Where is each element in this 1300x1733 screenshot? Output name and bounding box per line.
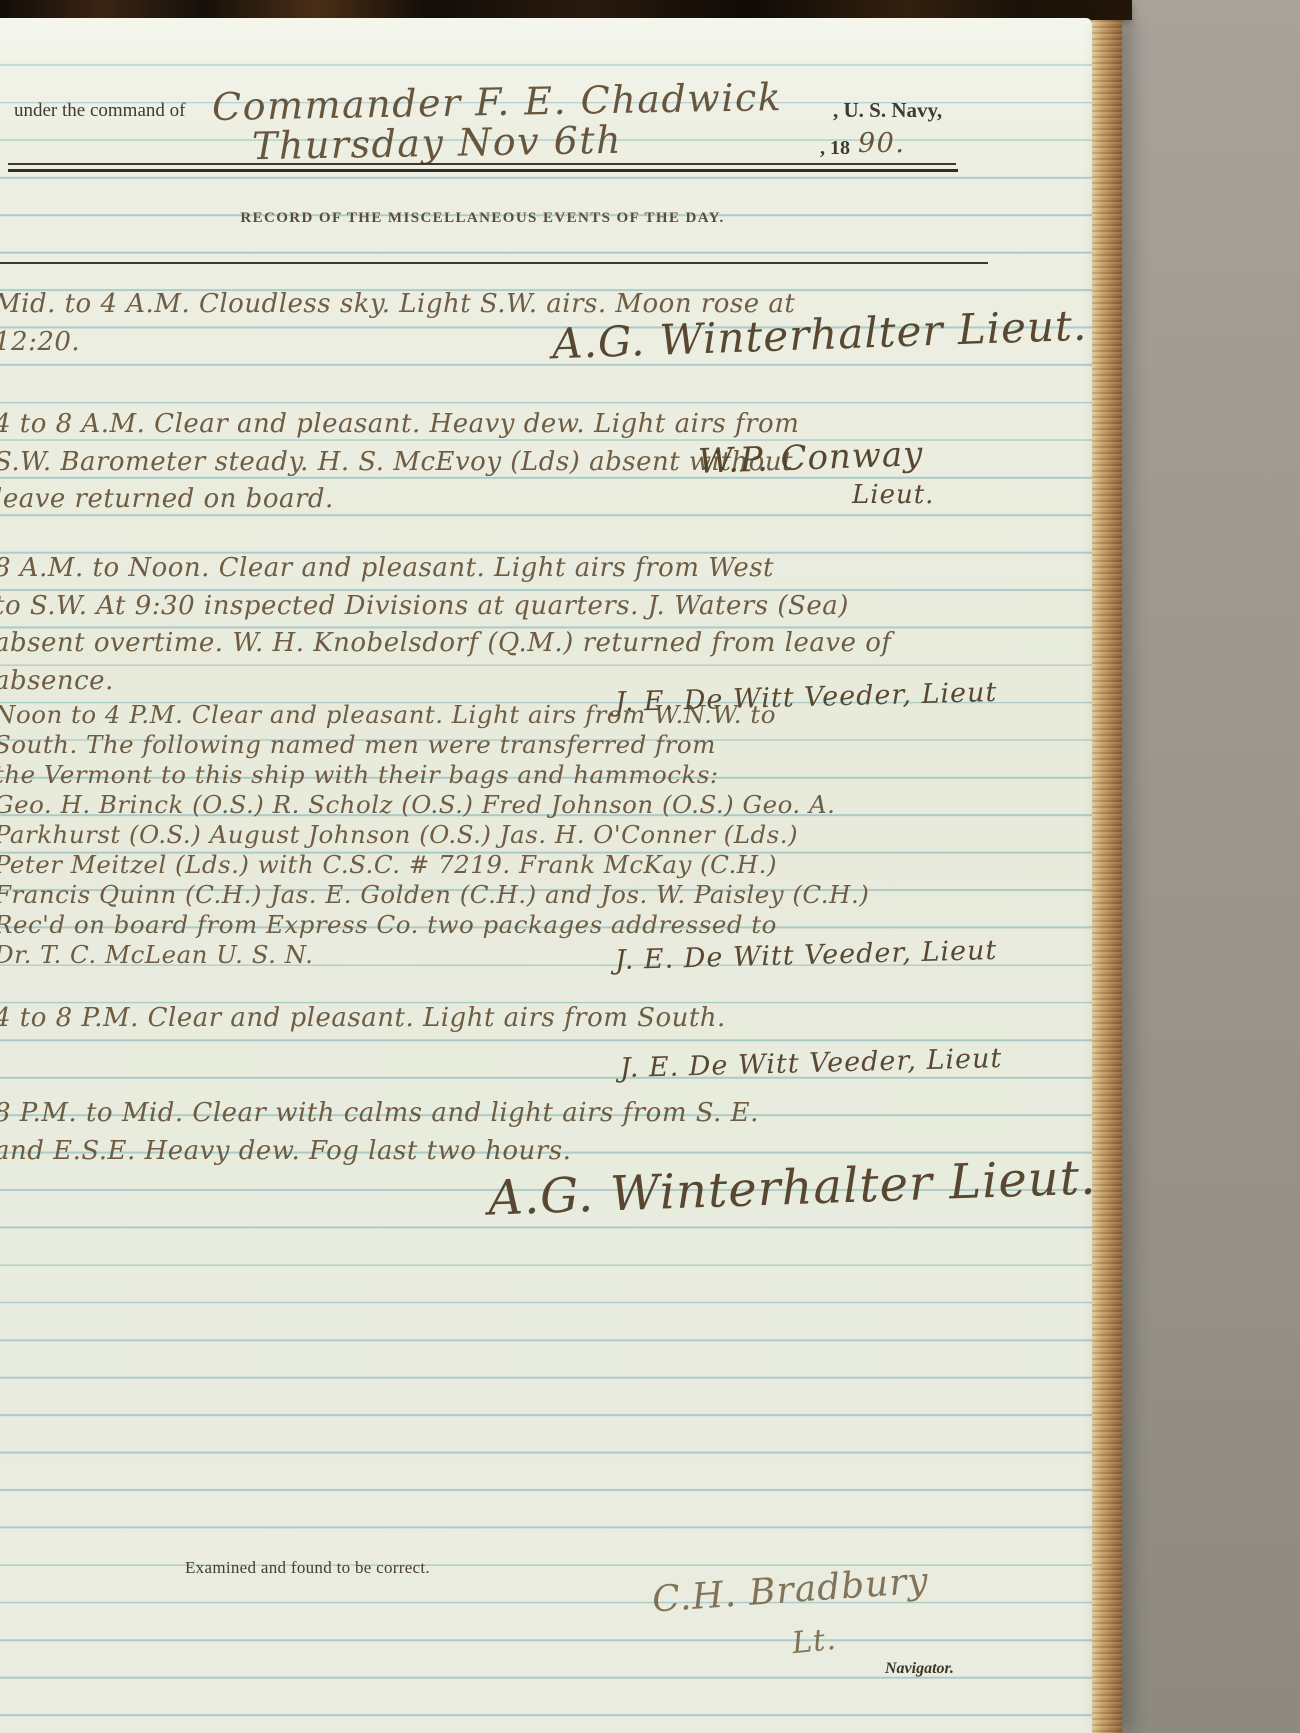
- log-entry-line: the Vermont to this ship with their bags…: [0, 760, 994, 790]
- section-rule: [0, 262, 988, 264]
- navigator-signature-script: C.H. Bradbury: [651, 1560, 930, 1620]
- navigator-label: Navigator.: [885, 1660, 954, 1678]
- navy-suffix-label: , U. S. Navy,: [833, 98, 942, 123]
- log-entry-line: absent overtime. W. H. Knobelsdorf (Q.M.…: [0, 625, 994, 663]
- date-script: Thursday Nov 6th: [252, 118, 623, 168]
- log-entry: Noon to 4 P.M. Clear and pleasant. Light…: [0, 700, 994, 970]
- log-entry-line: Peter Meitzel (Lds.) with C.S.C. # 7219.…: [0, 850, 994, 880]
- log-entry-line: Noon to 4 P.M. Clear and pleasant. Light…: [0, 700, 994, 730]
- log-entry-line: Geo. H. Brinck (O.S.) R. Scholz (O.S.) F…: [0, 790, 994, 820]
- signature-script: J. E. De Witt Veeder, Lieut: [620, 1043, 1003, 1084]
- page-edge: [1092, 20, 1122, 1733]
- log-entry-line: Parkhurst (O.S.) August Johnson (O.S.) J…: [0, 820, 994, 850]
- log-entry-line: to S.W. At 9:30 inspected Divisions at q…: [0, 588, 994, 626]
- signature-script: W.P. Conway: [697, 434, 924, 482]
- log-entry: 8 A.M. to Noon. Clear and pleasant. Ligh…: [0, 550, 994, 700]
- section-title: RECORD OF THE MISCELLANEOUS EVENTS OF TH…: [0, 210, 965, 227]
- log-entry: 4 to 8 P.M. Clear and pleasant. Light ai…: [0, 1000, 994, 1038]
- log-entry-line: South. The following named men were tran…: [0, 730, 994, 760]
- year-script: 90.: [858, 128, 905, 159]
- log-entry-line: 8 A.M. to Noon. Clear and pleasant. Ligh…: [0, 550, 994, 588]
- command-prefix-label: under the command of: [14, 100, 185, 122]
- year-printed-label: , 18: [820, 137, 850, 160]
- log-entry-line: Rec'd on board from Express Co. two pack…: [0, 910, 994, 940]
- header-rule-bottom: [8, 169, 958, 172]
- scanned-logbook-page: under the command of Commander F. E. Cha…: [0, 0, 1300, 1733]
- navigator-rank-script: Lt.: [790, 1622, 838, 1661]
- examined-label: Examined and found to be correct.: [185, 1558, 430, 1578]
- logbook-page: under the command of Commander F. E. Cha…: [0, 18, 1092, 1733]
- log-entry-line: Francis Quinn (C.H.) Jas. E. Golden (C.H…: [0, 880, 994, 910]
- log-entry-line: 8 P.M. to Mid. Clear with calms and ligh…: [0, 1095, 994, 1133]
- log-entry-line: leave returned on board.: [0, 481, 994, 519]
- book-binding-top: [0, 0, 1132, 20]
- header-rule-top: [8, 163, 956, 165]
- log-entry-line: 4 to 8 P.M. Clear and pleasant. Light ai…: [0, 1000, 994, 1038]
- signature-script: Lieut.: [852, 480, 934, 510]
